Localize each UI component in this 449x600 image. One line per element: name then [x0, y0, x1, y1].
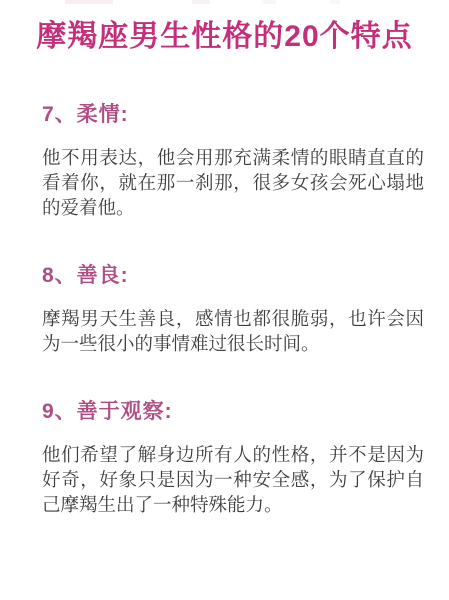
- trait-heading: 7、柔情:: [42, 103, 424, 127]
- trait-body: 他不用表达，他会用那充满柔情的眼睛直直的看着你，就在那一刹那，很多女孩会死心塌地…: [42, 145, 424, 220]
- trait-section-7: 7、柔情: 他不用表达，他会用那充满柔情的眼睛直直的看着你，就在那一刹那，很多女…: [0, 103, 449, 220]
- trait-body: 他们希望了解身边所有人的性格，并不是因为好奇，好象只是因为一种安全感，为了保护自…: [42, 442, 424, 517]
- trait-heading: 8、善良:: [42, 264, 424, 288]
- trait-section-9: 9、善于观察: 他们希望了解身边所有人的性格，并不是因为好奇，好象只是因为一种安…: [0, 400, 449, 517]
- remnant-dash: [330, 0, 340, 4]
- top-edge-remnant: [0, 0, 449, 5]
- trait-heading: 9、善于观察:: [42, 400, 424, 424]
- trait-section-8: 8、善良: 摩羯男天生善良，感情也都很脆弱，也许会因为一些很小的事情难过很长时间…: [0, 264, 449, 356]
- page-title: 摩羯座男生性格的20个特点: [0, 0, 449, 59]
- remnant-dash: [192, 0, 210, 4]
- remnant-dash: [65, 0, 113, 4]
- zodiac-traits-page: 摩羯座男生性格的20个特点 7、柔情: 他不用表达，他会用那充满柔情的眼睛直直的…: [0, 0, 449, 600]
- trait-body: 摩羯男天生善良，感情也都很脆弱，也许会因为一些很小的事情难过很长时间。: [42, 306, 424, 356]
- remnant-dash: [262, 0, 276, 4]
